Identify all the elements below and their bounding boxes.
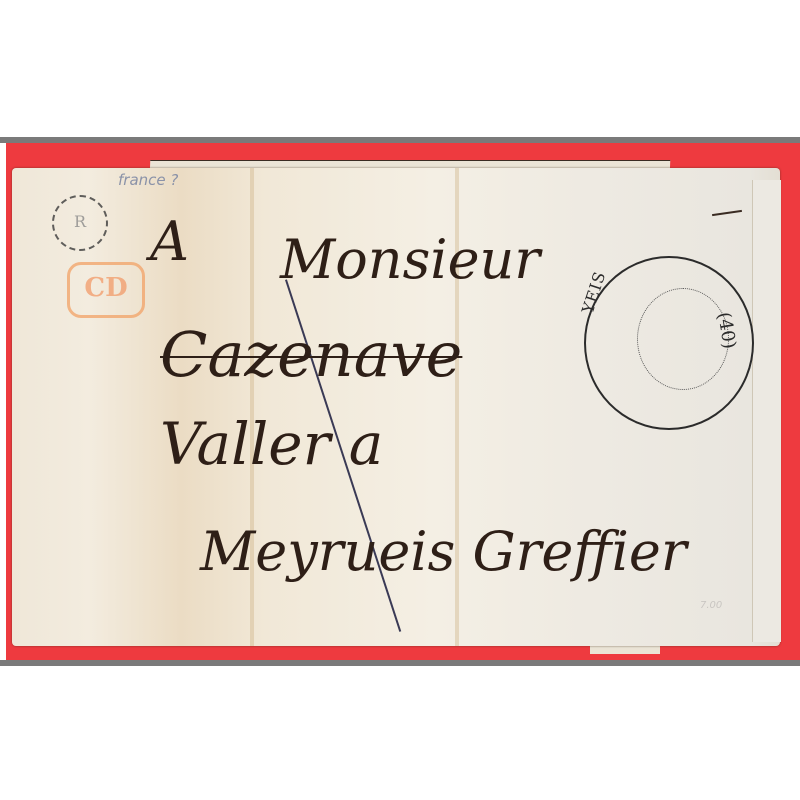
cd-stamp-text: CD bbox=[84, 273, 127, 303]
r-stamp-text: R bbox=[74, 212, 86, 231]
r-cancel-stamp: R bbox=[52, 195, 108, 251]
cd-orange-stamp: CD bbox=[67, 262, 145, 318]
address-line-name: Cazenave bbox=[160, 318, 462, 391]
pencil-note-price: 7.00 bbox=[700, 600, 722, 611]
address-line-town: Meyrueis Greffier bbox=[200, 520, 687, 583]
letter-right-edge bbox=[752, 180, 781, 642]
address-line-valler: Valler a bbox=[160, 410, 383, 478]
postmark-inner-ring bbox=[637, 288, 729, 390]
bottom-frame-bar bbox=[0, 660, 800, 666]
pencil-note-top: france ? bbox=[118, 171, 178, 189]
address-line-a: A bbox=[150, 210, 189, 273]
address-line-monsieur: Monsieur bbox=[280, 228, 540, 291]
